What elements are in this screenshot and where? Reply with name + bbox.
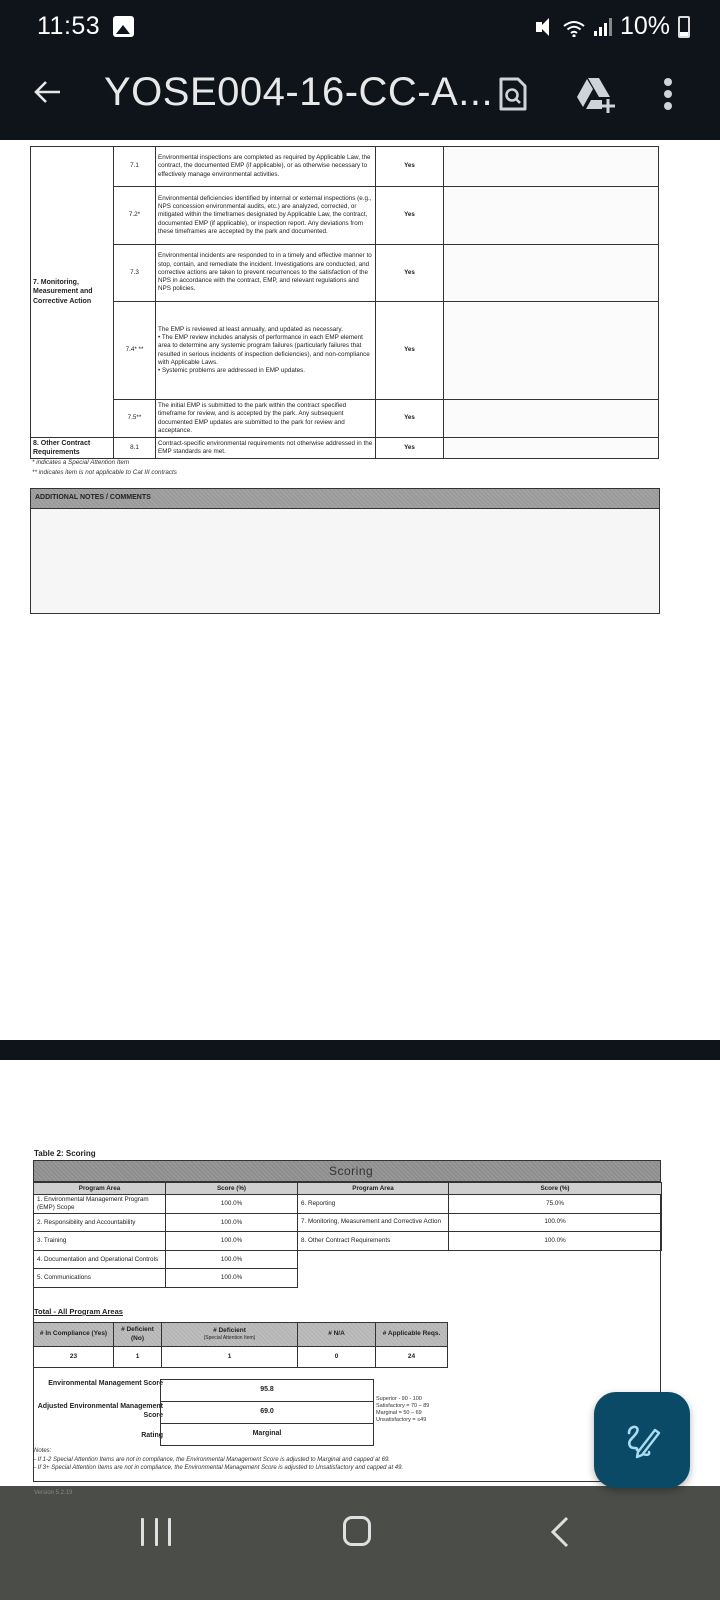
scoring-table-right: Program AreaScore (%) 6. Reporting75.0% … <box>297 1182 662 1251</box>
more-options-icon <box>664 78 672 86</box>
top-bar: 11:53 10% YOSE004-16-CC-A... <box>0 0 720 140</box>
annotate-pen-icon <box>622 1420 662 1460</box>
find-in-document-icon <box>497 76 529 112</box>
battery-charging-icon <box>678 16 690 38</box>
back-button[interactable] <box>30 74 66 110</box>
add-to-drive-button[interactable] <box>574 76 616 114</box>
table-row: 7. Monitoring, Measurement and Correctiv… <box>298 1213 662 1232</box>
score-labels: Environmental Management Score Adjusted … <box>35 1380 163 1449</box>
screen: 11:53 10% YOSE004-16-CC-A... <box>0 0 720 1600</box>
table-row: 7.5** The initial EMP is submitted to th… <box>31 400 659 438</box>
table-row: 1. Environmental Management Program (EMP… <box>34 1195 298 1214</box>
status-time: 11:53 <box>37 12 100 41</box>
table-row: 7.4* ** The EMP is reviewed at least ann… <box>31 302 659 400</box>
nav-back-button[interactable] <box>545 1512 575 1552</box>
signal-icon <box>594 18 612 36</box>
score-values: 95.8 69.0 Marginal <box>160 1379 374 1446</box>
totals-table: # In Compliance (Yes) # Deficient (No) #… <box>33 1322 448 1368</box>
table-row: 23 1 1 0 24 <box>34 1347 448 1368</box>
app-bar: YOSE004-16-CC-A... <box>0 56 720 140</box>
adjusted-score: 69.0 <box>161 1402 374 1424</box>
rating-legend: Superior - 90 - 100 Satisfactory = 70 – … <box>376 1396 429 1425</box>
scoring-notes: Notes: - If 1-2 Special Attention Items … <box>34 1447 403 1473</box>
add-to-drive-icon <box>574 76 616 114</box>
more-options-button[interactable] <box>656 74 680 114</box>
status-bar: 11:53 10% <box>0 0 720 56</box>
mute-icon <box>534 17 554 37</box>
version-label: Version 5.2.19 <box>34 1490 72 1496</box>
gallery-notification-icon <box>113 16 134 37</box>
table-row: 8. Other Contract Requirements100.0% <box>298 1232 662 1251</box>
page-separator <box>0 1040 720 1060</box>
status-icons: 10% <box>534 12 690 41</box>
table-row: 7.2* Environmental deficiencies identifi… <box>31 187 659 245</box>
recent-apps-icon <box>141 1518 144 1546</box>
additional-notes-box: ADDITIONAL NOTES / COMMENTS <box>30 488 660 614</box>
wifi-icon <box>562 17 586 37</box>
table-row: 7.3 Environmental incidents are responde… <box>31 245 659 302</box>
table-row: 4. Documentation and Operational Control… <box>34 1250 298 1269</box>
find-in-document-button[interactable] <box>497 76 529 112</box>
table-row: 8. Other Contract Requirements 8.1 Contr… <box>31 438 659 459</box>
home-button[interactable] <box>343 1516 371 1546</box>
rating-value: Marginal <box>161 1424 374 1446</box>
notes-body <box>31 509 659 613</box>
table-row: 5. Communications100.0% <box>34 1269 298 1288</box>
chevron-left-icon <box>545 1512 575 1552</box>
battery-percent: 10% <box>620 12 670 41</box>
recent-apps-button[interactable] <box>141 1516 171 1548</box>
requirements-table: 7. Monitoring, Measurement and Correctiv… <box>30 146 659 459</box>
section-label: 8. Other Contract Requirements <box>31 438 114 459</box>
table-row: 7. Monitoring, Measurement and Correctiv… <box>31 147 659 187</box>
arrow-left-icon <box>30 74 66 110</box>
table-row: 6. Reporting75.0% <box>298 1195 662 1214</box>
system-nav-bar: Version 5.2.19 <box>0 1486 720 1600</box>
table-row: 3. Training100.0% <box>34 1232 298 1251</box>
totals-title: Total - All Program Areas <box>34 1307 123 1316</box>
table-row: 2. Responsibility and Accountability100.… <box>34 1213 298 1232</box>
ems-score: 95.8 <box>161 1380 374 1402</box>
section-label: 7. Monitoring, Measurement and Correctiv… <box>31 147 114 438</box>
document-title: YOSE004-16-CC-A... <box>104 70 493 115</box>
table-title: Table 2: Scoring <box>34 1149 96 1158</box>
scoring-banner: Scoring <box>33 1160 661 1182</box>
notes-header: ADDITIONAL NOTES / COMMENTS <box>31 489 659 509</box>
annotate-fab-button[interactable] <box>594 1392 690 1488</box>
pdf-page-1: 7. Monitoring, Measurement and Correctiv… <box>0 140 720 1040</box>
scoring-table-left: Program AreaScore (%) 1. Environmental M… <box>33 1182 298 1288</box>
footnotes: * indicates a Special Attention Item ** … <box>32 458 177 478</box>
